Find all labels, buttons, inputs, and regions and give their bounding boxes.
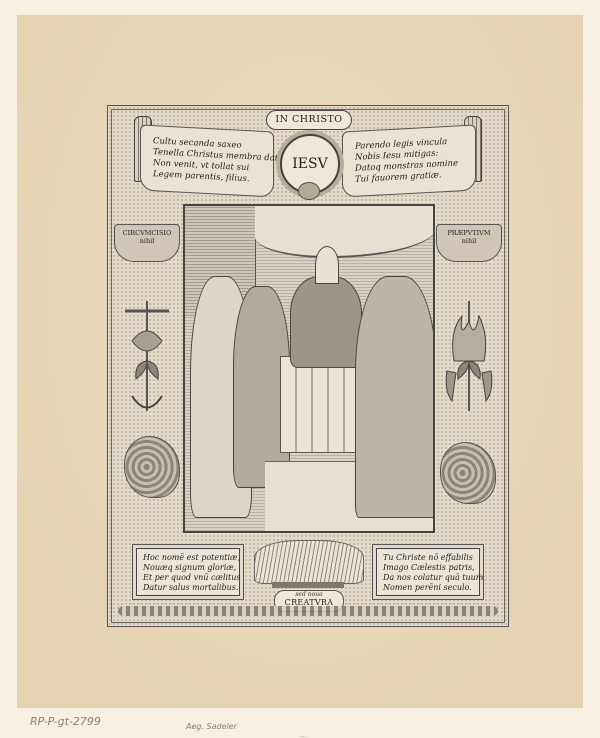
artist-annotation: Aeg. Sadeler bbox=[186, 722, 237, 731]
attendant-figure bbox=[355, 276, 435, 518]
right-side-label: PRÆPVTIVM nihil bbox=[436, 224, 502, 262]
faint-annotation: ... bbox=[300, 731, 307, 738]
circumcision-scene bbox=[183, 204, 435, 533]
canopy-drapery bbox=[255, 206, 435, 258]
left-side-label: CIRCVMCISIO nihil bbox=[114, 224, 180, 262]
left-side-label-text: CIRCVMCISIO nihil bbox=[123, 229, 172, 245]
altar-base bbox=[272, 582, 344, 588]
priest-figure bbox=[290, 276, 362, 368]
heart-anchor-emblem-icon bbox=[122, 301, 172, 421]
left-verse-text: Hoc nomē est potentiæ, Nouæq signum glor… bbox=[143, 553, 241, 593]
paper-sheet: Cultu secanda saxeo Tenella Christus mem… bbox=[17, 15, 583, 708]
right-side-label-text: PRÆPVTIVM nihil bbox=[447, 229, 490, 245]
flaming-heart-emblem-icon bbox=[444, 301, 494, 421]
motto-small: sed noua bbox=[275, 591, 343, 598]
left-scroll-text: Cultu secanda saxeo Tenella Christus mem… bbox=[153, 136, 278, 187]
bottom-panel: Hoc nomē est potentiæ, Nouæq signum glor… bbox=[114, 536, 502, 618]
cherub-head-icon bbox=[298, 182, 320, 200]
flames-icon bbox=[254, 540, 364, 584]
right-verse-cartouche: Tu Christe nō effabilis Imago Cælestis p… bbox=[376, 548, 480, 596]
left-verse-cartouche: Hoc nomē est potentiæ, Nouæq signum glor… bbox=[136, 548, 240, 596]
right-verse-text: Tu Christe nō effabilis Imago Cælestis p… bbox=[383, 553, 483, 593]
left-scroll: Cultu secanda saxeo Tenella Christus mem… bbox=[140, 124, 274, 197]
serpent-frieze bbox=[118, 606, 498, 616]
right-scroll-text: Parendo legis vincula Nobis Iesu mitigas… bbox=[355, 136, 458, 185]
right-scroll: Parendo legis vincula Nobis Iesu mitigas… bbox=[342, 124, 476, 197]
title-cartouche: IN CHRISTO bbox=[266, 110, 352, 130]
engraving: Cultu secanda saxeo Tenella Christus mem… bbox=[107, 105, 509, 627]
mitre bbox=[315, 246, 339, 284]
inventory-number: RP-P-gt-2799 bbox=[30, 715, 101, 728]
